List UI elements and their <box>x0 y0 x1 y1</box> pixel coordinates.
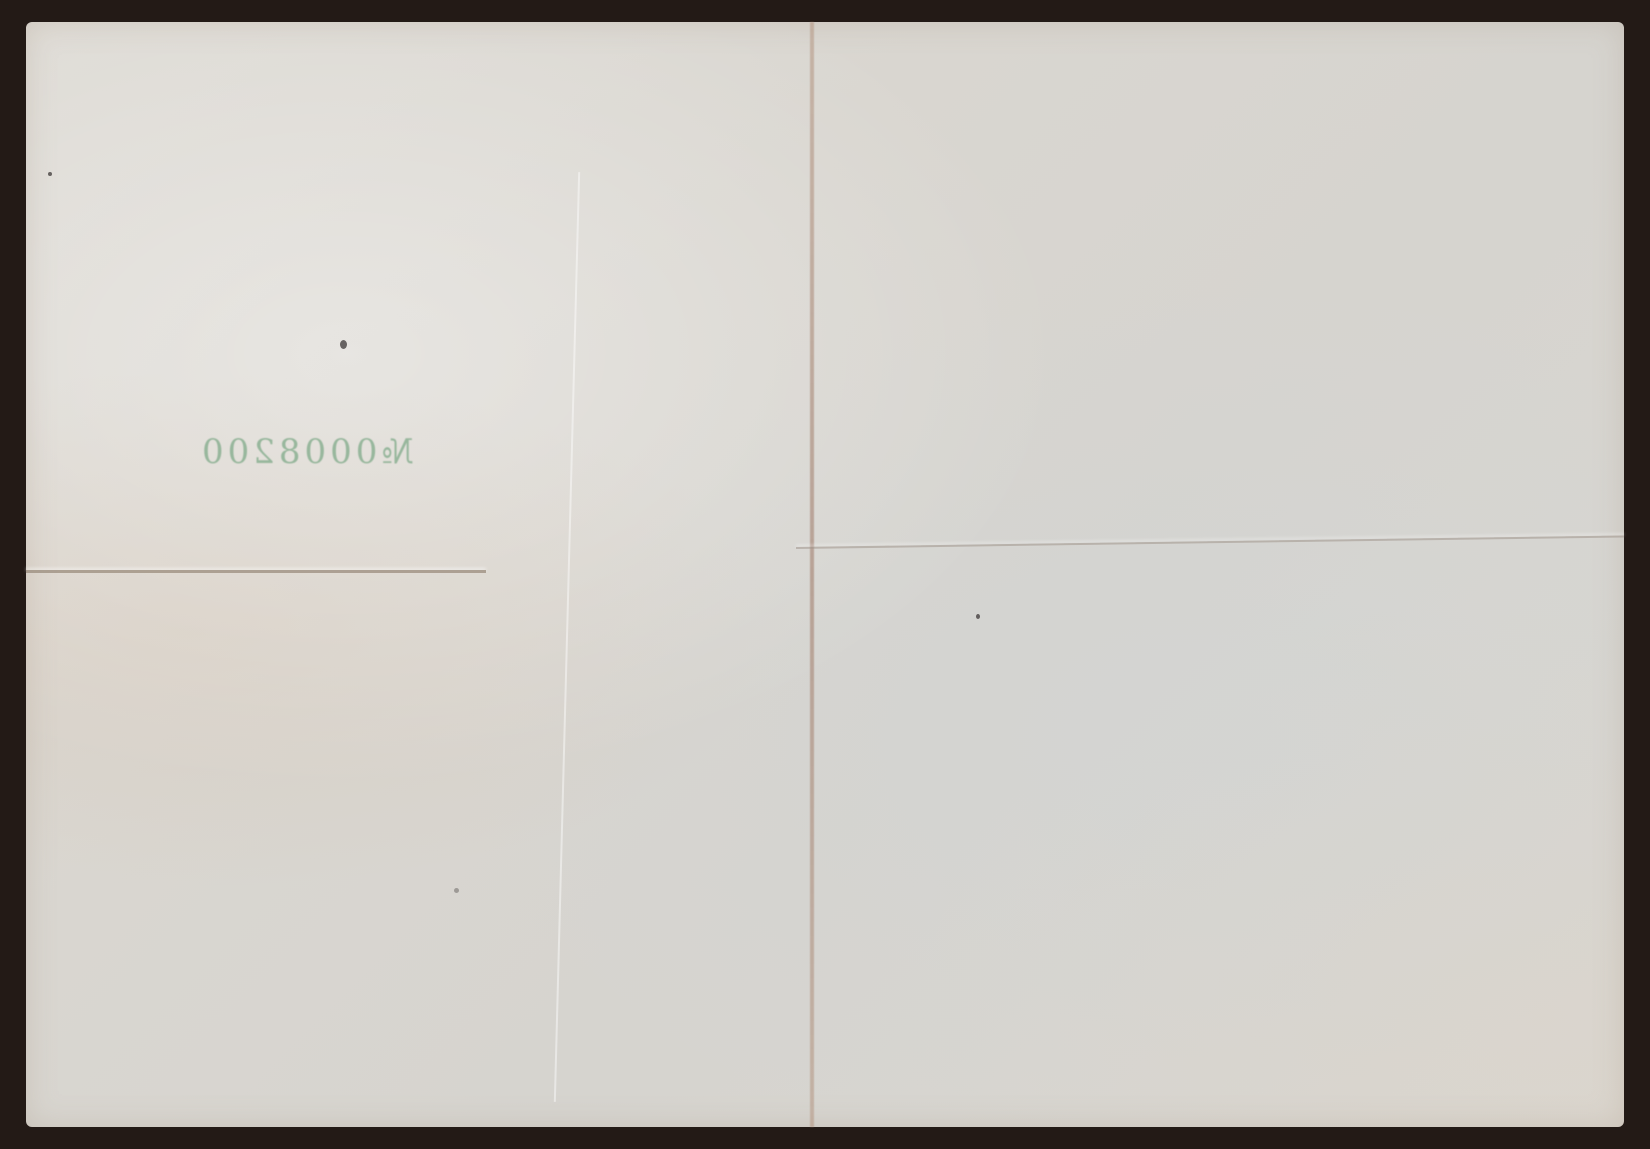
banknote-reverse: №0008200 <box>26 22 1624 1127</box>
ink-spot <box>976 614 980 619</box>
ink-spot <box>454 888 459 893</box>
secondary-fold-crease <box>554 172 580 1102</box>
ink-spot <box>48 172 52 176</box>
vertical-fold-crease <box>810 22 814 1127</box>
horizontal-fold-tear-left <box>26 570 486 573</box>
ink-spot <box>340 340 347 349</box>
horizontal-fold-crease-right <box>796 535 1624 549</box>
mirrored-serial-number: №0008200 <box>198 432 414 472</box>
